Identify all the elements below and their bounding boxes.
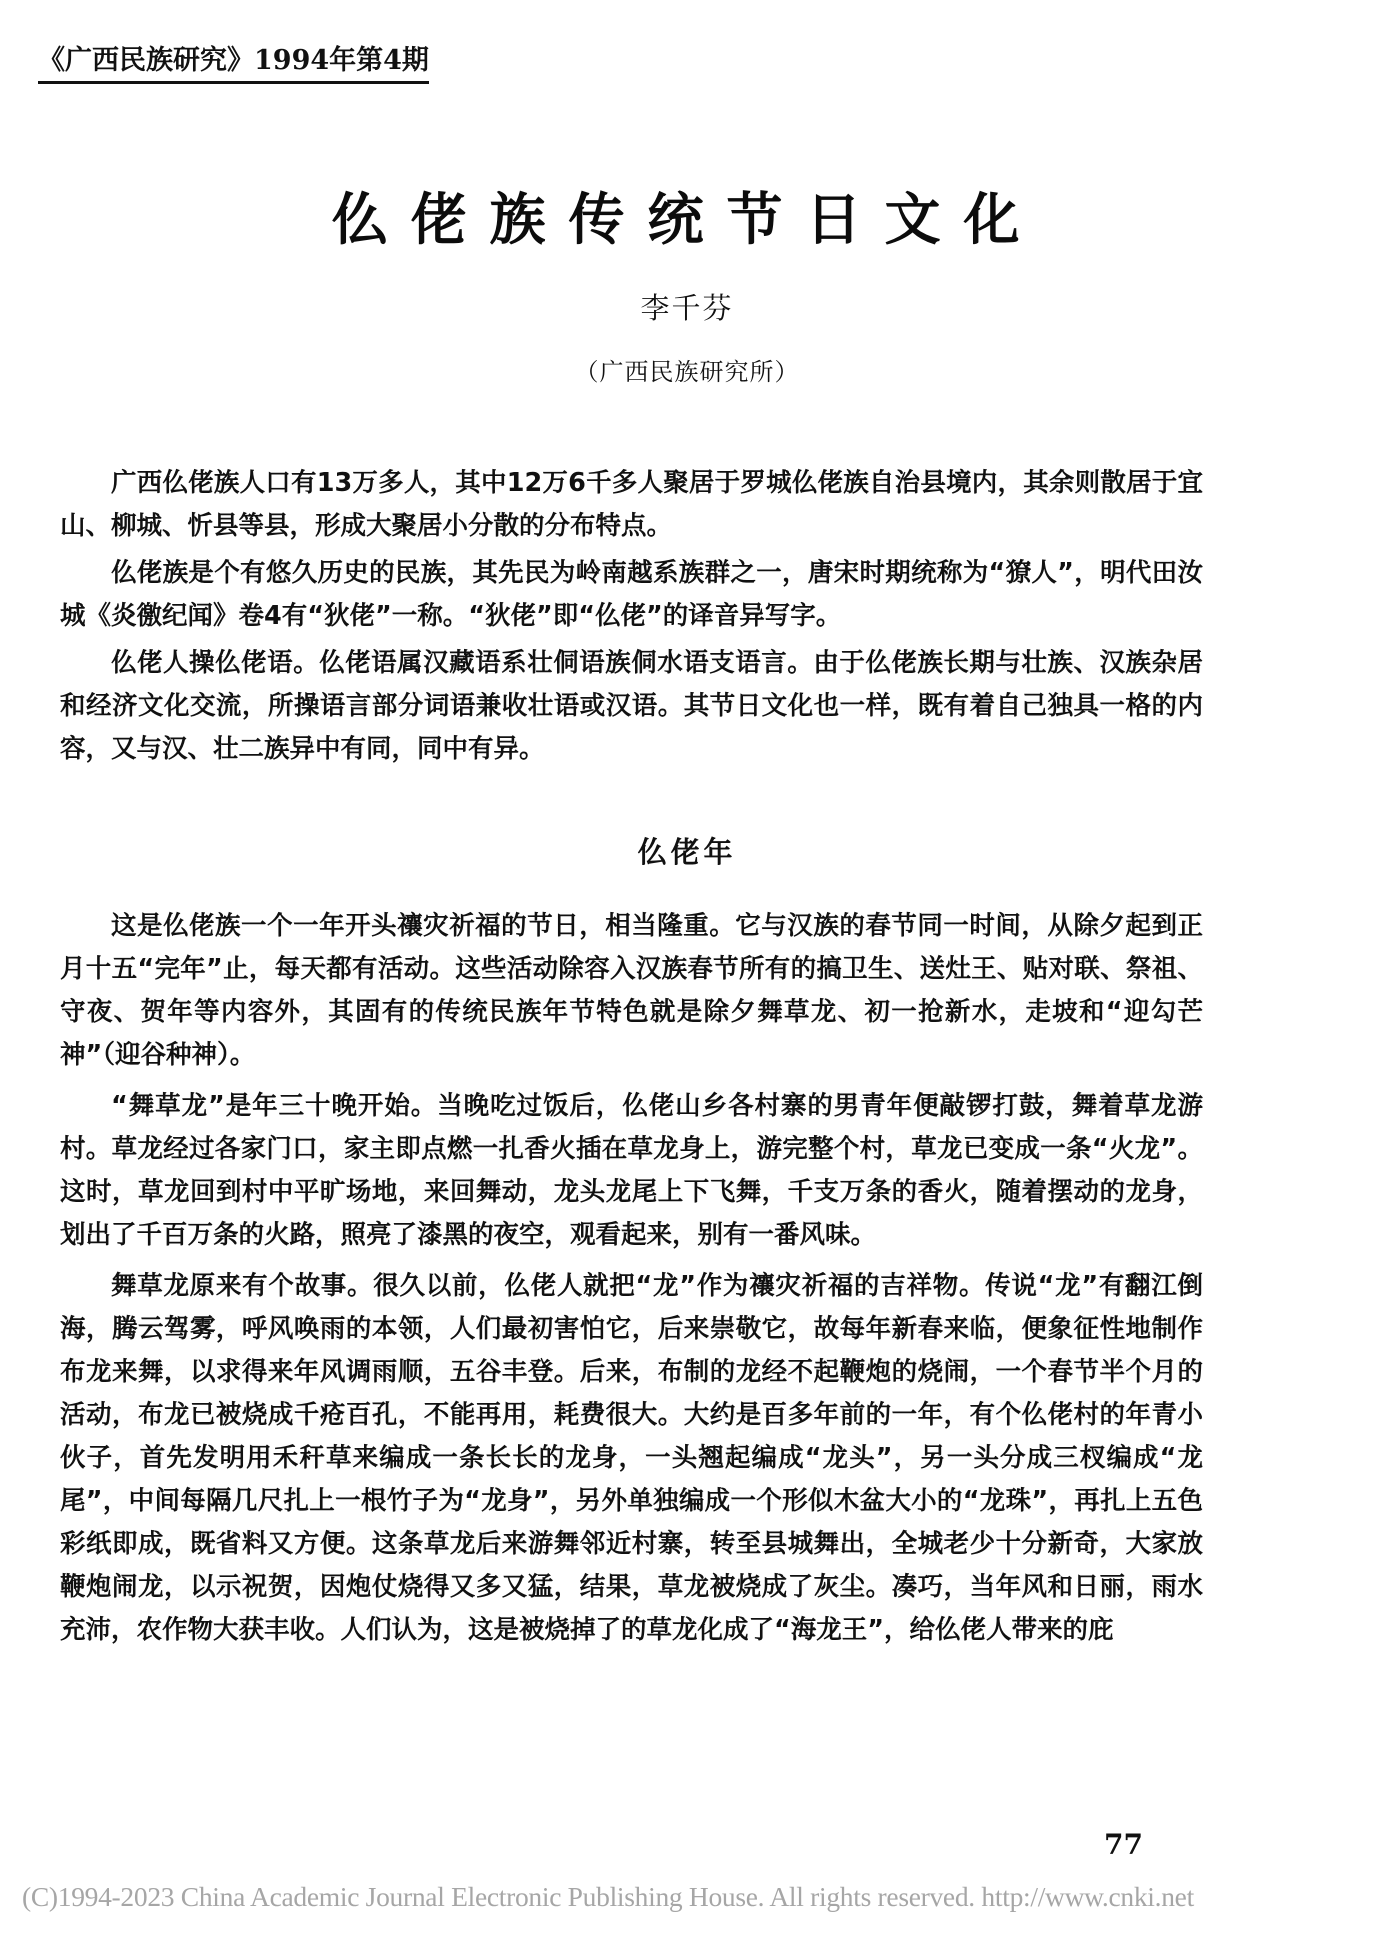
article-author: 李千芬 xyxy=(0,286,1374,327)
intro-section: 广西仫佬族人口有13万多人，其中12万6千多人聚居于罗城仫佬族自治县境内，其余则… xyxy=(60,462,1203,775)
section-paragraph: 这是仫佬族一个一年开头禳灾祈福的节日，相当隆重。它与汉族的春节同一时间，从除夕起… xyxy=(60,905,1203,1077)
section-paragraph: 舞草龙原来有个故事。很久以前，仫佬人就把“龙”作为禳灾祈福的吉祥物。传说“龙”有… xyxy=(60,1265,1203,1652)
section-body: 这是仫佬族一个一年开头禳灾祈福的节日，相当隆重。它与汉族的春节同一时间，从除夕起… xyxy=(60,905,1203,1660)
intro-paragraph: 仫佬族是个有悠久历史的民族，其先民为岭南越系族群之一，唐宋时期统称为“獠人”，明… xyxy=(60,552,1203,638)
journal-issue-header: 《广西民族研究》1994年第4期 xyxy=(38,38,429,84)
section-heading: 仫佬年 xyxy=(0,830,1374,871)
intro-paragraph: 广西仫佬族人口有13万多人，其中12万6千多人聚居于罗城仫佬族自治县境内，其余则… xyxy=(60,462,1203,548)
page-number: 77 xyxy=(1104,1828,1143,1861)
intro-paragraph: 仫佬人操仫佬语。仫佬语属汉藏语系壮侗语族侗水语支语言。由于仫佬族长期与壮族、汉族… xyxy=(60,642,1203,771)
article-title: 仫佬族传统节日文化 xyxy=(0,176,1374,256)
copyright-notice: (C)1994-2023 China Academic Journal Elec… xyxy=(22,1881,1194,1913)
author-affiliation: （广西民族研究所） xyxy=(0,352,1374,387)
section-paragraph: “舞草龙”是年三十晚开始。当晚吃过饭后，仫佬山乡各村寨的男青年便敲锣打鼓，舞着草… xyxy=(60,1085,1203,1257)
